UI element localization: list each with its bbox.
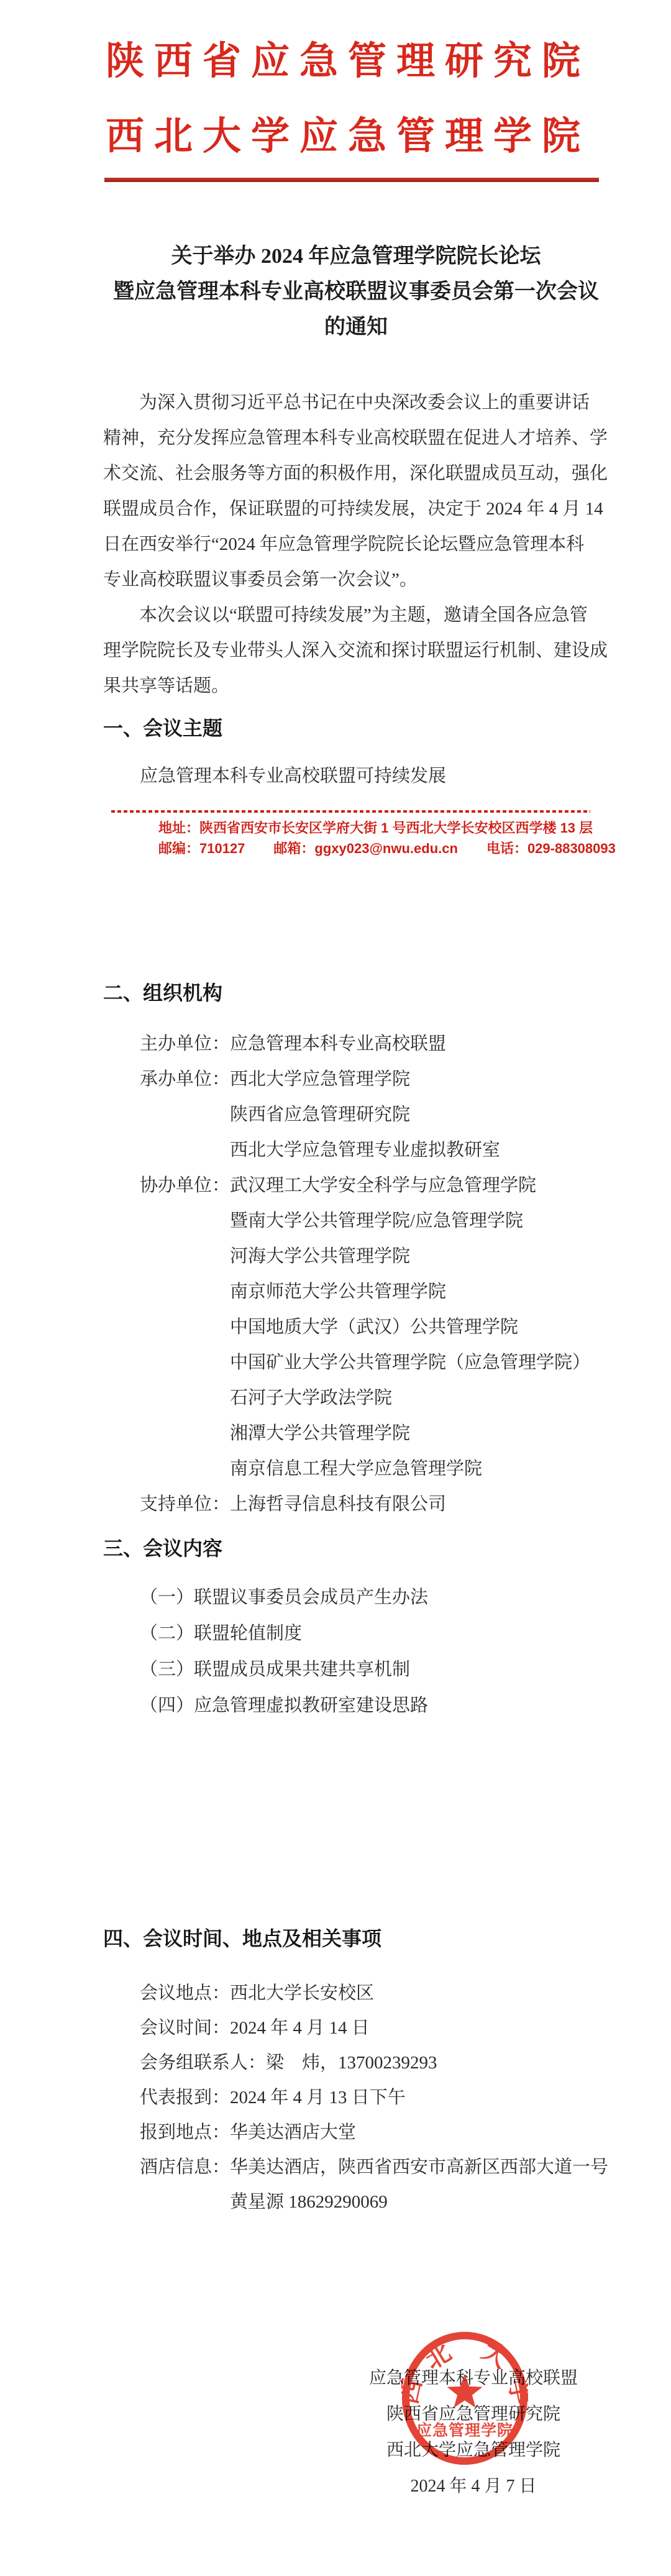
intro-line: 本次会议以“联盟可持续发展”为主题，邀请全国各应急管: [103, 598, 608, 633]
notice-title-line: 暨应急管理本科专业高校联盟议事委员会第一次会议: [60, 274, 652, 309]
detail-line: 会议地点：西北大学长安校区: [140, 1976, 608, 2011]
section-heading-2: 二、组织机构: [103, 979, 222, 1007]
detail-line: 酒店信息：华美达酒店，陕西省西安市高新区西部大道一号: [140, 2150, 608, 2185]
organization-list: 主办单位：应急管理本科专业高校联盟 承办单位：西北大学应急管理学院 陕西省应急管…: [140, 1026, 590, 1522]
intro-line: 果共享等话题。: [103, 669, 608, 704]
org-row: 石河子大学政法学院: [140, 1381, 590, 1416]
agenda-item: （三）联盟成员成果共建共享机制: [140, 1651, 428, 1688]
agenda-item: （四）应急管理虚拟教研室建设思路: [140, 1688, 428, 1724]
signature-date: 2024 年 4 月 7 日: [306, 2469, 641, 2505]
intro-line: 日在西安举行“2024 年应急管理学院院长论坛暨应急管理本科: [103, 527, 608, 562]
org-row: 中国矿业大学公共管理学院（应急管理学院）: [140, 1345, 590, 1381]
intro-paragraphs: 为深入贯彻习近平总书记在中央深改委会议上的重要讲话 精神，充分发挥应急管理本科专…: [103, 385, 608, 704]
footer-dashed-rule: [111, 810, 590, 813]
meeting-details-list: 会议地点：西北大学长安校区 会议时间：2024 年 4 月 14 日 会务组联系…: [140, 1976, 608, 2219]
org-row: 湘潭大学公共管理学院: [140, 1416, 590, 1451]
contact-row: 邮编：710127 邮箱：ggxy023@nwu.edu.cn 电话：029-8…: [158, 838, 616, 859]
notice-title: 关于举办 2024 年应急管理学院院长论坛 暨应急管理本科专业高校联盟议事委员会…: [60, 239, 652, 345]
org-row: 陕西省应急管理研究院: [140, 1097, 590, 1133]
meeting-theme: 应急管理本科专业高校联盟可持续发展: [140, 760, 446, 792]
org-row: 支持单位：上海哲寻信息科技有限公司: [140, 1487, 590, 1522]
star-icon: [447, 2374, 483, 2408]
org-row: 承办单位：西北大学应急管理学院: [140, 1062, 590, 1097]
letterhead-divider-rule: [104, 178, 599, 182]
agenda-list: （一）联盟议事委员会成员产生办法 （二）联盟轮值制度 （三）联盟成员成果共建共享…: [140, 1579, 428, 1724]
org-row: 暨南大学公共管理学院/应急管理学院: [140, 1204, 590, 1239]
detail-line: 黄星源 18629290069: [140, 2185, 608, 2219]
detail-line: 会议时间：2024 年 4 月 14 日: [140, 2011, 608, 2045]
detail-line: 报到地点：华美达酒店大堂: [140, 2115, 608, 2150]
org-row: 南京师范大学公共管理学院: [140, 1274, 590, 1310]
letterhead-org-name-1: 陕西省应急管理研究院: [0, 35, 671, 88]
letterhead-org-name-2: 西北大学应急管理学院: [0, 111, 671, 163]
contact-address: 地址：陕西省西安市长安区学府大街 1 号西北大学长安校区西学楼 13 层: [158, 818, 616, 838]
seal-arc-char: 学: [503, 2377, 528, 2406]
section-heading-4: 四、会议时间、地点及相关事项: [103, 1925, 381, 1952]
contact-email: 邮箱：ggxy023@nwu.edu.cn: [273, 838, 458, 859]
notice-title-line: 的通知: [60, 309, 652, 345]
intro-line: 理学院院长及专业带头人深入交流和探讨联盟运行机制、建设成: [103, 633, 608, 669]
intro-line: 专业高校联盟议事委员会第一次会议”。: [103, 562, 608, 598]
agenda-item: （一）联盟议事委员会成员产生办法: [140, 1579, 428, 1615]
contact-phone: 电话：029-88308093: [486, 838, 616, 859]
detail-line: 会务组联系人：梁 炜，13700239293: [140, 2045, 608, 2080]
seal-arc-char: 北: [420, 2338, 455, 2375]
detail-line: 代表报到：2024 年 4 月 13 日下午: [140, 2080, 608, 2115]
intro-line: 术交流、社会服务等方面的积极作用，深化联盟成员互动，强化: [103, 456, 608, 491]
intro-line: 精神，充分发挥应急管理本科专业高校联盟在促进人才培养、学: [103, 421, 608, 456]
intro-line: 联盟成员合作，保证联盟的可持续发展，决定于 2024 年 4 月 14: [103, 491, 608, 527]
section-heading-3: 三、会议内容: [103, 1535, 222, 1562]
contact-postcode: 邮编：710127: [158, 838, 245, 859]
org-row: 西北大学应急管理专业虚拟教研室: [140, 1133, 590, 1168]
agenda-item: （二）联盟轮值制度: [140, 1615, 428, 1651]
official-seal: 西 北 大 学 应急管理学院: [401, 2331, 528, 2465]
org-row: 河海大学公共管理学院: [140, 1239, 590, 1274]
org-row: 南京信息工程大学应急管理学院: [140, 1451, 590, 1487]
intro-line: 为深入贯彻习近平总书记在中央深改委会议上的重要讲话: [103, 385, 608, 421]
org-row: 中国地质大学（武汉）公共管理学院: [140, 1310, 590, 1345]
section-heading-1: 一、会议主题: [103, 715, 222, 742]
org-row: 协办单位：武汉理工大学安全科学与应急管理学院: [140, 1168, 590, 1204]
seal-arc-char: 西: [401, 2377, 427, 2406]
letterhead-contact-block: 地址：陕西省西安市长安区学府大街 1 号西北大学长安校区西学楼 13 层 邮编：…: [158, 818, 616, 859]
notice-title-line: 关于举办 2024 年应急管理学院院长论坛: [60, 239, 652, 274]
org-row: 主办单位：应急管理本科专业高校联盟: [140, 1026, 590, 1062]
notice-document-page: 陕西省应急管理研究院 西北大学应急管理学院 关于举办 2024 年应急管理学院院…: [0, 0, 671, 2576]
seal-center-text: 应急管理学院: [416, 2421, 513, 2439]
